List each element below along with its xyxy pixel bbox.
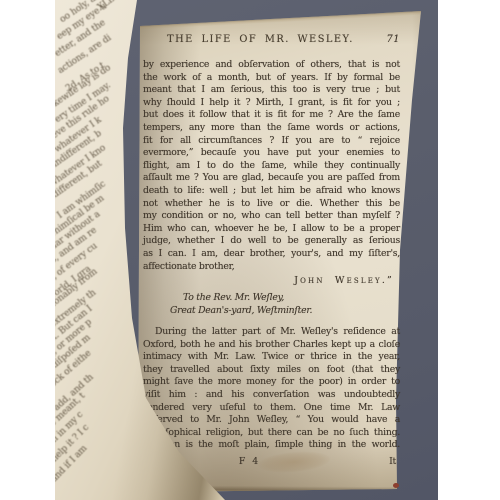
running-header: THE LIFE OF MR. WESLEY. 71 [143,34,400,48]
body-line: philoſophical religion, but there can be… [143,427,400,440]
body-line: rendered very uſeful to them. One time M… [143,402,400,415]
body-line: flight, am I to do the ſame, while they … [143,160,400,173]
body-line: During the latter part of Mr. Weſley's r… [143,326,400,339]
body-line: judge, whether I do well to be generally… [143,235,400,248]
body-line: my condition or no, who can tell better … [143,210,400,223]
body-line: fit for all circumſtances ? If you are t… [143,135,400,148]
body-line: aſſault me ? You are glad, becauſe you a… [143,172,400,185]
address-line: Great Dean's-yard, Weſtminſter. [143,304,400,317]
paragraph-letter: by experience and obſervation of others,… [143,59,400,273]
body-line: meant that I am ſerious, this too is ver… [143,84,400,97]
signature-line: John Wesley.” [143,274,400,287]
book-photograph: THE LIFE OF MR. WESLEY. 71 by experience… [0,0,500,500]
page-text-block: THE LIFE OF MR. WESLEY. 71 by experience… [143,34,400,469]
page-number: 71 [387,34,400,45]
body-line: death to life: well ; but let him be afr… [143,185,400,198]
address-line: To the Rev. Mr. Weſley, [143,291,400,304]
body-line: they travelled about ſixty miles on foot… [143,364,400,377]
body-line: the work of a month, but of years. If by… [143,72,400,85]
body-line: Him who can, whoever he be, I allow to b… [143,223,400,236]
body-line: not whether he is to live or die. Whethe… [143,198,400,211]
body-line: as I can. I am, dear brother, your's, an… [143,248,400,261]
body-line: affectionate brother, [143,261,400,274]
body-line: but does it follow that it is fit for me… [143,109,400,122]
running-title: THE LIFE OF MR. WESLEY. [143,34,378,45]
body-line: viſit him : and his converſation was und… [143,389,400,402]
body-line: obſerved to Mr. John Weſley, “ You would… [143,414,400,427]
catchword: It [389,456,396,467]
body-line: by experience and obſervation of others,… [143,59,400,72]
body-line: intimacy with Mr. Law. Twice or thrice i… [143,351,400,364]
red-edge-speck [393,483,399,488]
body-line: evermore,” becauſe you have put your ene… [143,147,400,160]
page-top-edge [134,6,426,30]
body-line: tempers, any more than the ſame words or… [143,122,400,135]
paragraph-narrative: During the latter part of Mr. Weſley's r… [143,326,400,452]
body-line: Oxford, both he and his brother Charles … [143,339,400,352]
body-line: Religion is the moſt plain, ſimple thing… [143,439,400,452]
body-line: might ſave the more money for the poor) … [143,376,400,389]
body-line: why ſhould I help it ? Mirth, I grant, i… [143,97,400,110]
